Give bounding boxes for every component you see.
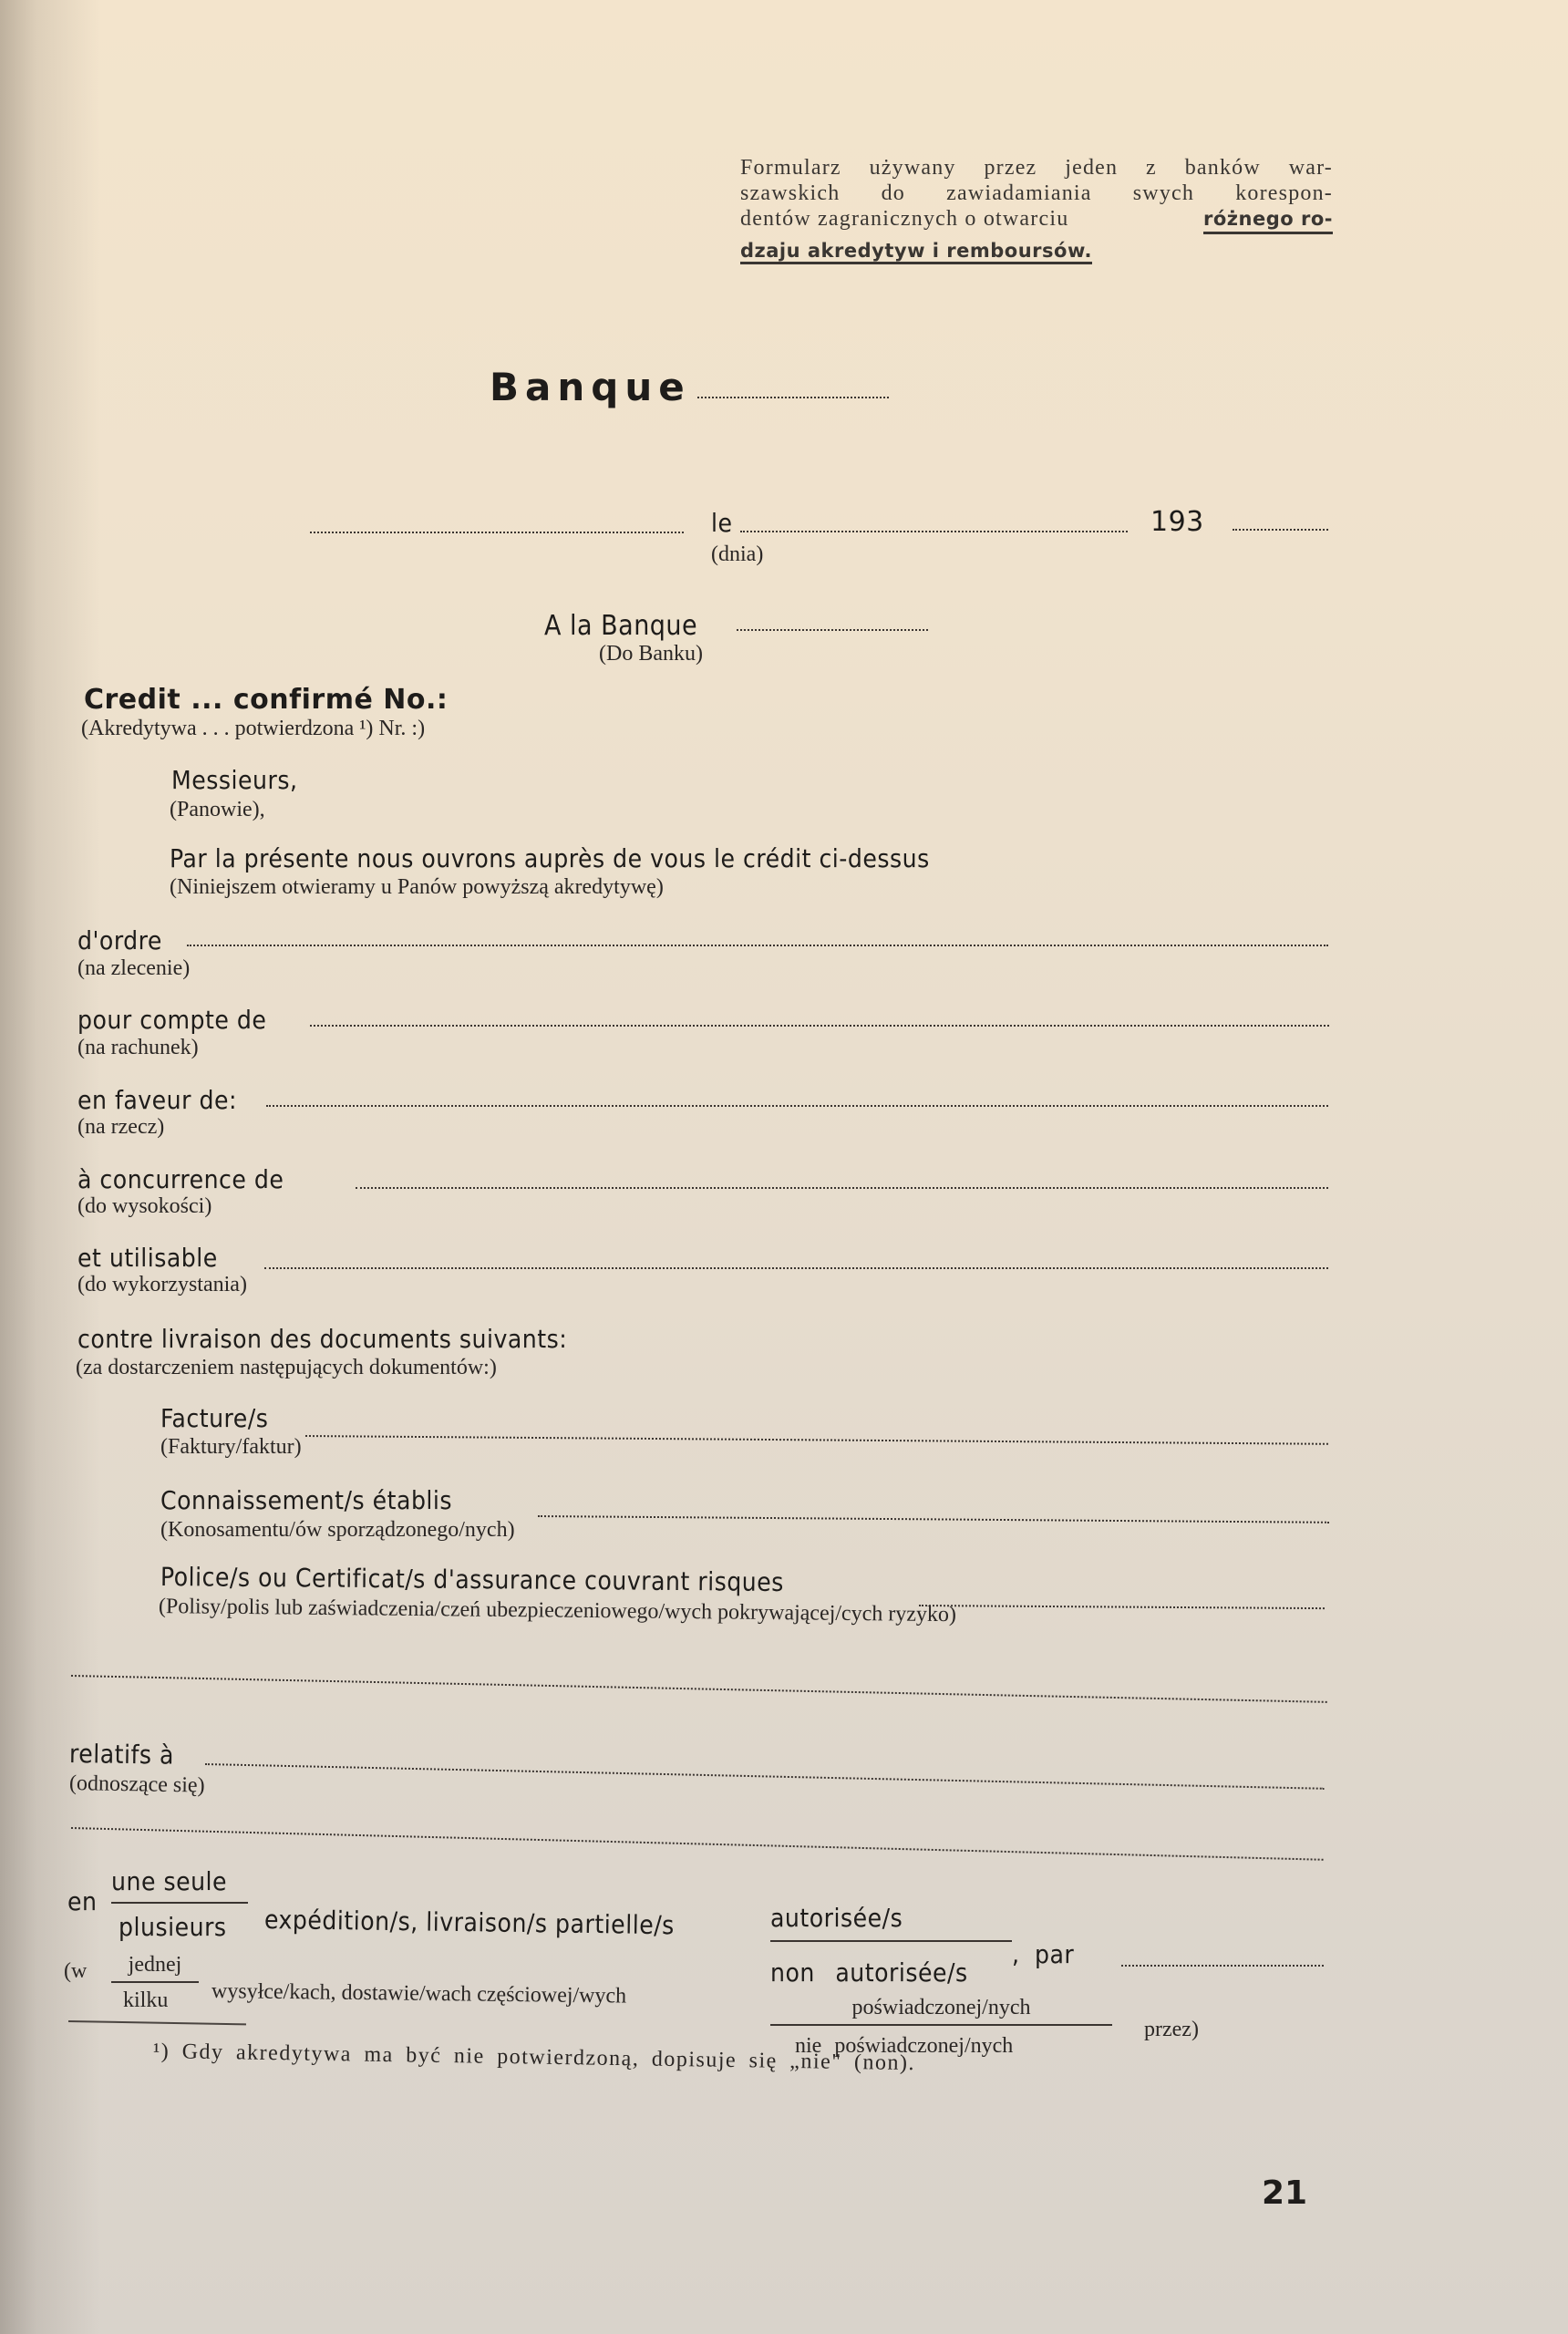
header-note-highlight: różnego ro- [1203,206,1333,234]
credit-label-pl: (Akredytywa . . . potwierdzona ¹) Nr. :) [81,718,425,739]
bank-name-field[interactable] [697,397,889,398]
shipment-en: en [67,1889,97,1915]
shipment-option-non-autorisee[interactable]: non autorisée/s [770,1960,968,1986]
intro-text: Par la présente nous ouvrons auprès de v… [170,846,930,872]
credit-label: Credit ... confirmé No.: [84,687,448,714]
doc-input-police[interactable] [919,1605,1325,1609]
page-number: 21 [1262,2174,1307,2212]
shipment-pl-option-jednej: jednej [111,1954,199,1983]
header-note-line-3: dentów zagranicznych o otwarciu różnego … [740,206,1333,234]
place-field[interactable] [310,532,684,533]
field-input-pour-compte[interactable] [310,1025,1329,1027]
field-label-utilisable: et utilisable [77,1245,218,1271]
shipment-pl-open: (w [64,1960,87,1982]
documents-heading-pl: (za dostarczeniem następujących dokument… [76,1357,497,1379]
field-label-dordre: d'ordre [77,928,162,954]
relatifs-pl: (odnoszące się) [69,1772,205,1797]
shipment-option-autorisee[interactable]: autorisée/s [770,1905,1012,1942]
shipment-option-une-seule[interactable]: une seule [111,1869,248,1904]
header-note: Formularz używany przez jeden z banków w… [740,155,1333,263]
doc-label-facture: Facture/s [160,1406,268,1431]
field-input-utilisable[interactable] [264,1267,1328,1269]
salutation-pl: (Panowie), [170,799,265,821]
bank-title: Banque [490,365,691,409]
date-le-label: le [711,511,733,536]
shipment-pl-option-poswiadczonej: poświadczonej/nych [770,1997,1112,2026]
field-input-concurrence[interactable] [356,1187,1328,1189]
field-pl-en-faveur: (na rzecz) [77,1116,164,1138]
year-prefix: 193 [1150,509,1204,536]
date-field[interactable] [740,531,1128,532]
shipment-middle: expédition/s, livraison/s partielle/s [264,1907,675,1938]
to-bank-field[interactable] [737,629,928,631]
doc-label-connaissement: Connaissement/s établis [160,1488,452,1513]
doc-label-police: Police/s ou Certificat/s d'assurance cou… [160,1565,784,1596]
blank-line-1[interactable] [71,1675,1327,1703]
shipment-par: , par [1012,1942,1074,1967]
header-note-highlight-2: dzaju akredytyw i remboursów. [740,240,1092,264]
field-pl-pour-compte: (na rachunek) [77,1037,199,1059]
field-input-en-faveur[interactable] [266,1105,1328,1107]
doc-input-connaissement[interactable] [538,1515,1329,1523]
shipment-option-plusieurs[interactable]: plusieurs [119,1915,227,1940]
to-bank-pl: (Do Banku) [599,643,703,665]
doc-input-facture[interactable] [305,1435,1328,1445]
field-label-en-faveur: en faveur de: [77,1088,237,1113]
blank-line-2[interactable] [71,1827,1324,1861]
relatifs-input[interactable] [205,1763,1325,1790]
date-le-pl: (dnia) [711,543,763,565]
intro-text-pl: (Niniejszem otwieramy u Panów powyższą a… [170,876,664,898]
doc-pl-facture: (Faktury/faktur) [160,1436,302,1458]
salutation: Messieurs, [171,768,297,793]
to-bank-label: A la Banque [544,613,697,640]
shipment-pl-middle: wysyłce/kach, dostawie/wach częściowej/w… [211,1980,626,2008]
field-pl-concurrence: (do wysokości) [77,1195,211,1217]
doc-pl-police: (Polisy/polis lub zaświadczenia/czeń ube… [159,1596,956,1626]
field-label-pour-compte: pour compte de [77,1007,266,1033]
field-input-dordre[interactable] [187,945,1328,946]
year-field[interactable] [1233,529,1328,531]
footnote-rule [68,2020,246,2025]
shipment-par-input[interactable] [1121,1965,1324,1967]
shipment-pl-option-kilku: kilku [123,1989,168,2011]
documents-heading: contre livraison des documents suivants: [77,1327,567,1352]
shipment-pl-close: przez) [1144,2019,1199,2040]
header-note-line-1: Formularz używany przez jeden z banków w… [740,155,1333,181]
relatifs-label: relatifs à [69,1741,174,1769]
doc-pl-connaissement: (Konosamentu/ów sporządzonego/nych) [160,1519,515,1541]
field-pl-utilisable: (do wykorzystania) [77,1274,247,1296]
field-label-concurrence: à concurrence de [77,1167,284,1193]
header-note-line-2: szawskich do zawiadamiania swych korespo… [740,181,1333,206]
field-pl-dordre: (na zlecenie) [77,957,190,979]
